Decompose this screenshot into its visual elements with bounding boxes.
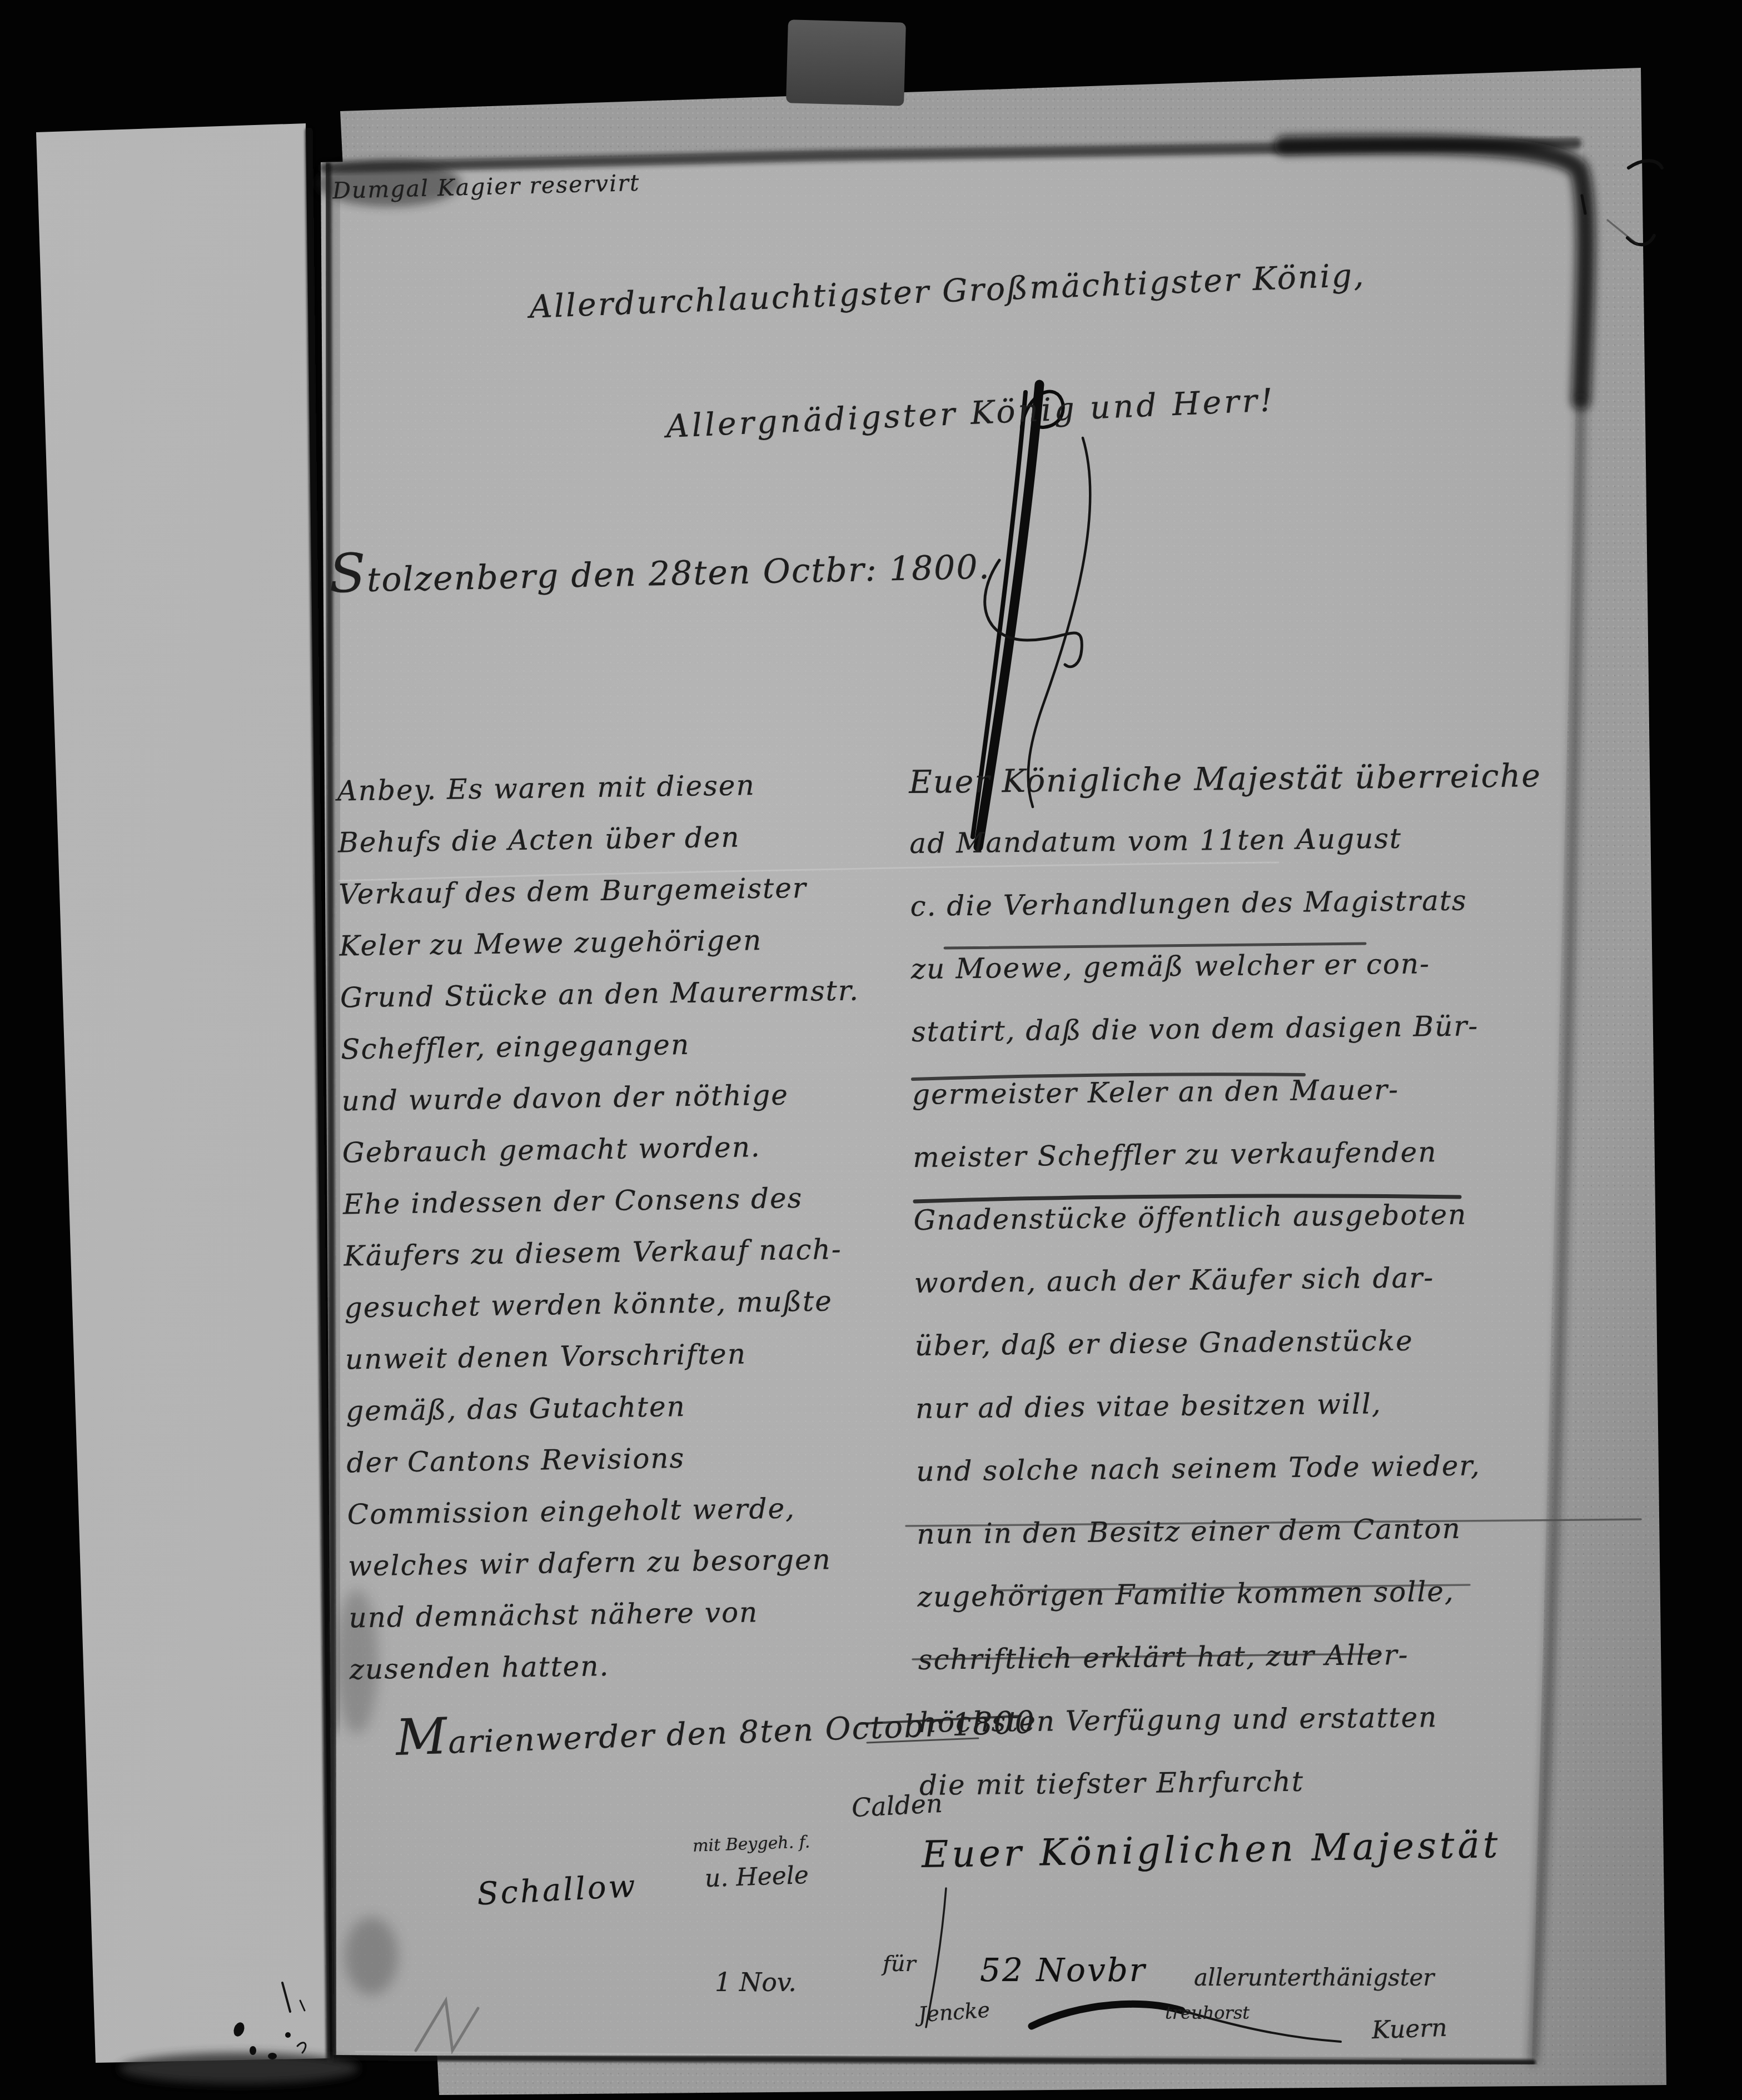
annotation-small-note: mit Beygeh. f. [693, 1834, 810, 1854]
manuscript-line: und solche nach seinem Tode wieder, [916, 1451, 1549, 1520]
manuscript-line: nun in den Besitz einer dem Canton [917, 1514, 1550, 1583]
pencil-mark-n [416, 2001, 478, 2051]
closing-phrase: allerunterthänigster [1194, 1966, 1434, 1989]
page-left-edge-smudge [331, 189, 337, 1723]
manuscript-line: Euer Königliche Majestät überreiche [909, 760, 1542, 830]
manuscript-line: ad Mandatum vom 11ten August [909, 823, 1542, 892]
manuscript-line: über, daß er diese Gnadenstücke [915, 1325, 1548, 1395]
left-text-column: Anbey. Es waren mit diesen Behufs die Ac… [337, 770, 869, 1708]
shadow-under-left-sheet [120, 2053, 359, 2084]
manuscript-line: c. die Verhandlungen des Magistrats [910, 886, 1543, 955]
annotation-name-heele: u. Heele [704, 1863, 809, 1891]
manuscript-line: und demnächst nähere von [349, 1597, 868, 1655]
annotation-name-jencke: Jencke [918, 1999, 991, 2026]
annotation-fuer: für [883, 1953, 916, 1975]
annotation-name-calden: Calden [851, 1790, 943, 1821]
manuscript-line: statirt, daß die von dem dasigen Bür- [912, 1011, 1545, 1081]
manuscript-line: zugehörigen Familie kommen solle, [917, 1577, 1550, 1646]
manuscript-line: zusenden hatten. [349, 1648, 869, 1707]
manuscript-line: Gnadenstücke öffentlich ausgeboten [913, 1200, 1546, 1269]
manuscript-line: gemäß, das Gutachten [346, 1390, 865, 1449]
manuscript-line: welches wir dafern zu besorgen [348, 1545, 868, 1604]
manuscript-line: Grund Stücke an den Maurermstr. [340, 977, 860, 1036]
manuscript-line: germeister Keler an den Mauer- [912, 1074, 1545, 1144]
archive-photo: Dumgal Kagier reservirt Allerdurchlaucht… [0, 0, 1742, 2100]
closing-address: Euer Königlichen Majestät [922, 1827, 1501, 1873]
signature: Kuern [1371, 2016, 1447, 2043]
manuscript-line: Anbey. Es waren mit diesen [337, 770, 857, 829]
annotation-name-schallow: Schallow [476, 1870, 638, 1910]
manuscript-line: und wurde davon der nöthige [341, 1080, 861, 1139]
manuscript-line: worden, auch der Käufer sich dar- [914, 1263, 1547, 1332]
page-bottom-edge-line [335, 2057, 1532, 2063]
manuscript-line: unweit denen Vorschriften [345, 1338, 865, 1397]
annotation-date-1nov: 1 Nov. [715, 1969, 797, 1995]
margin-smudge-2 [345, 1917, 398, 1995]
manuscript-line: nur ad dies vitae besitzen will, [915, 1388, 1549, 1458]
manuscript-line: Verkauf des dem Burgemeister [339, 874, 858, 932]
manuscript-line: meister Scheffler zu verkaufenden [913, 1137, 1546, 1206]
docket-note: 52 Novbr [980, 1954, 1147, 1986]
ink-spatter-strokes [282, 1983, 306, 2053]
right-text-column: Euer Königliche Majestät überreiche ad M… [909, 760, 1552, 1834]
manuscript-line: gesuchet werden könnte, mußte [344, 1286, 864, 1345]
manuscript-line: zu Moewe, gemäß welcher er con- [911, 949, 1544, 1018]
closing-word: treuhorst [1165, 2004, 1250, 2022]
